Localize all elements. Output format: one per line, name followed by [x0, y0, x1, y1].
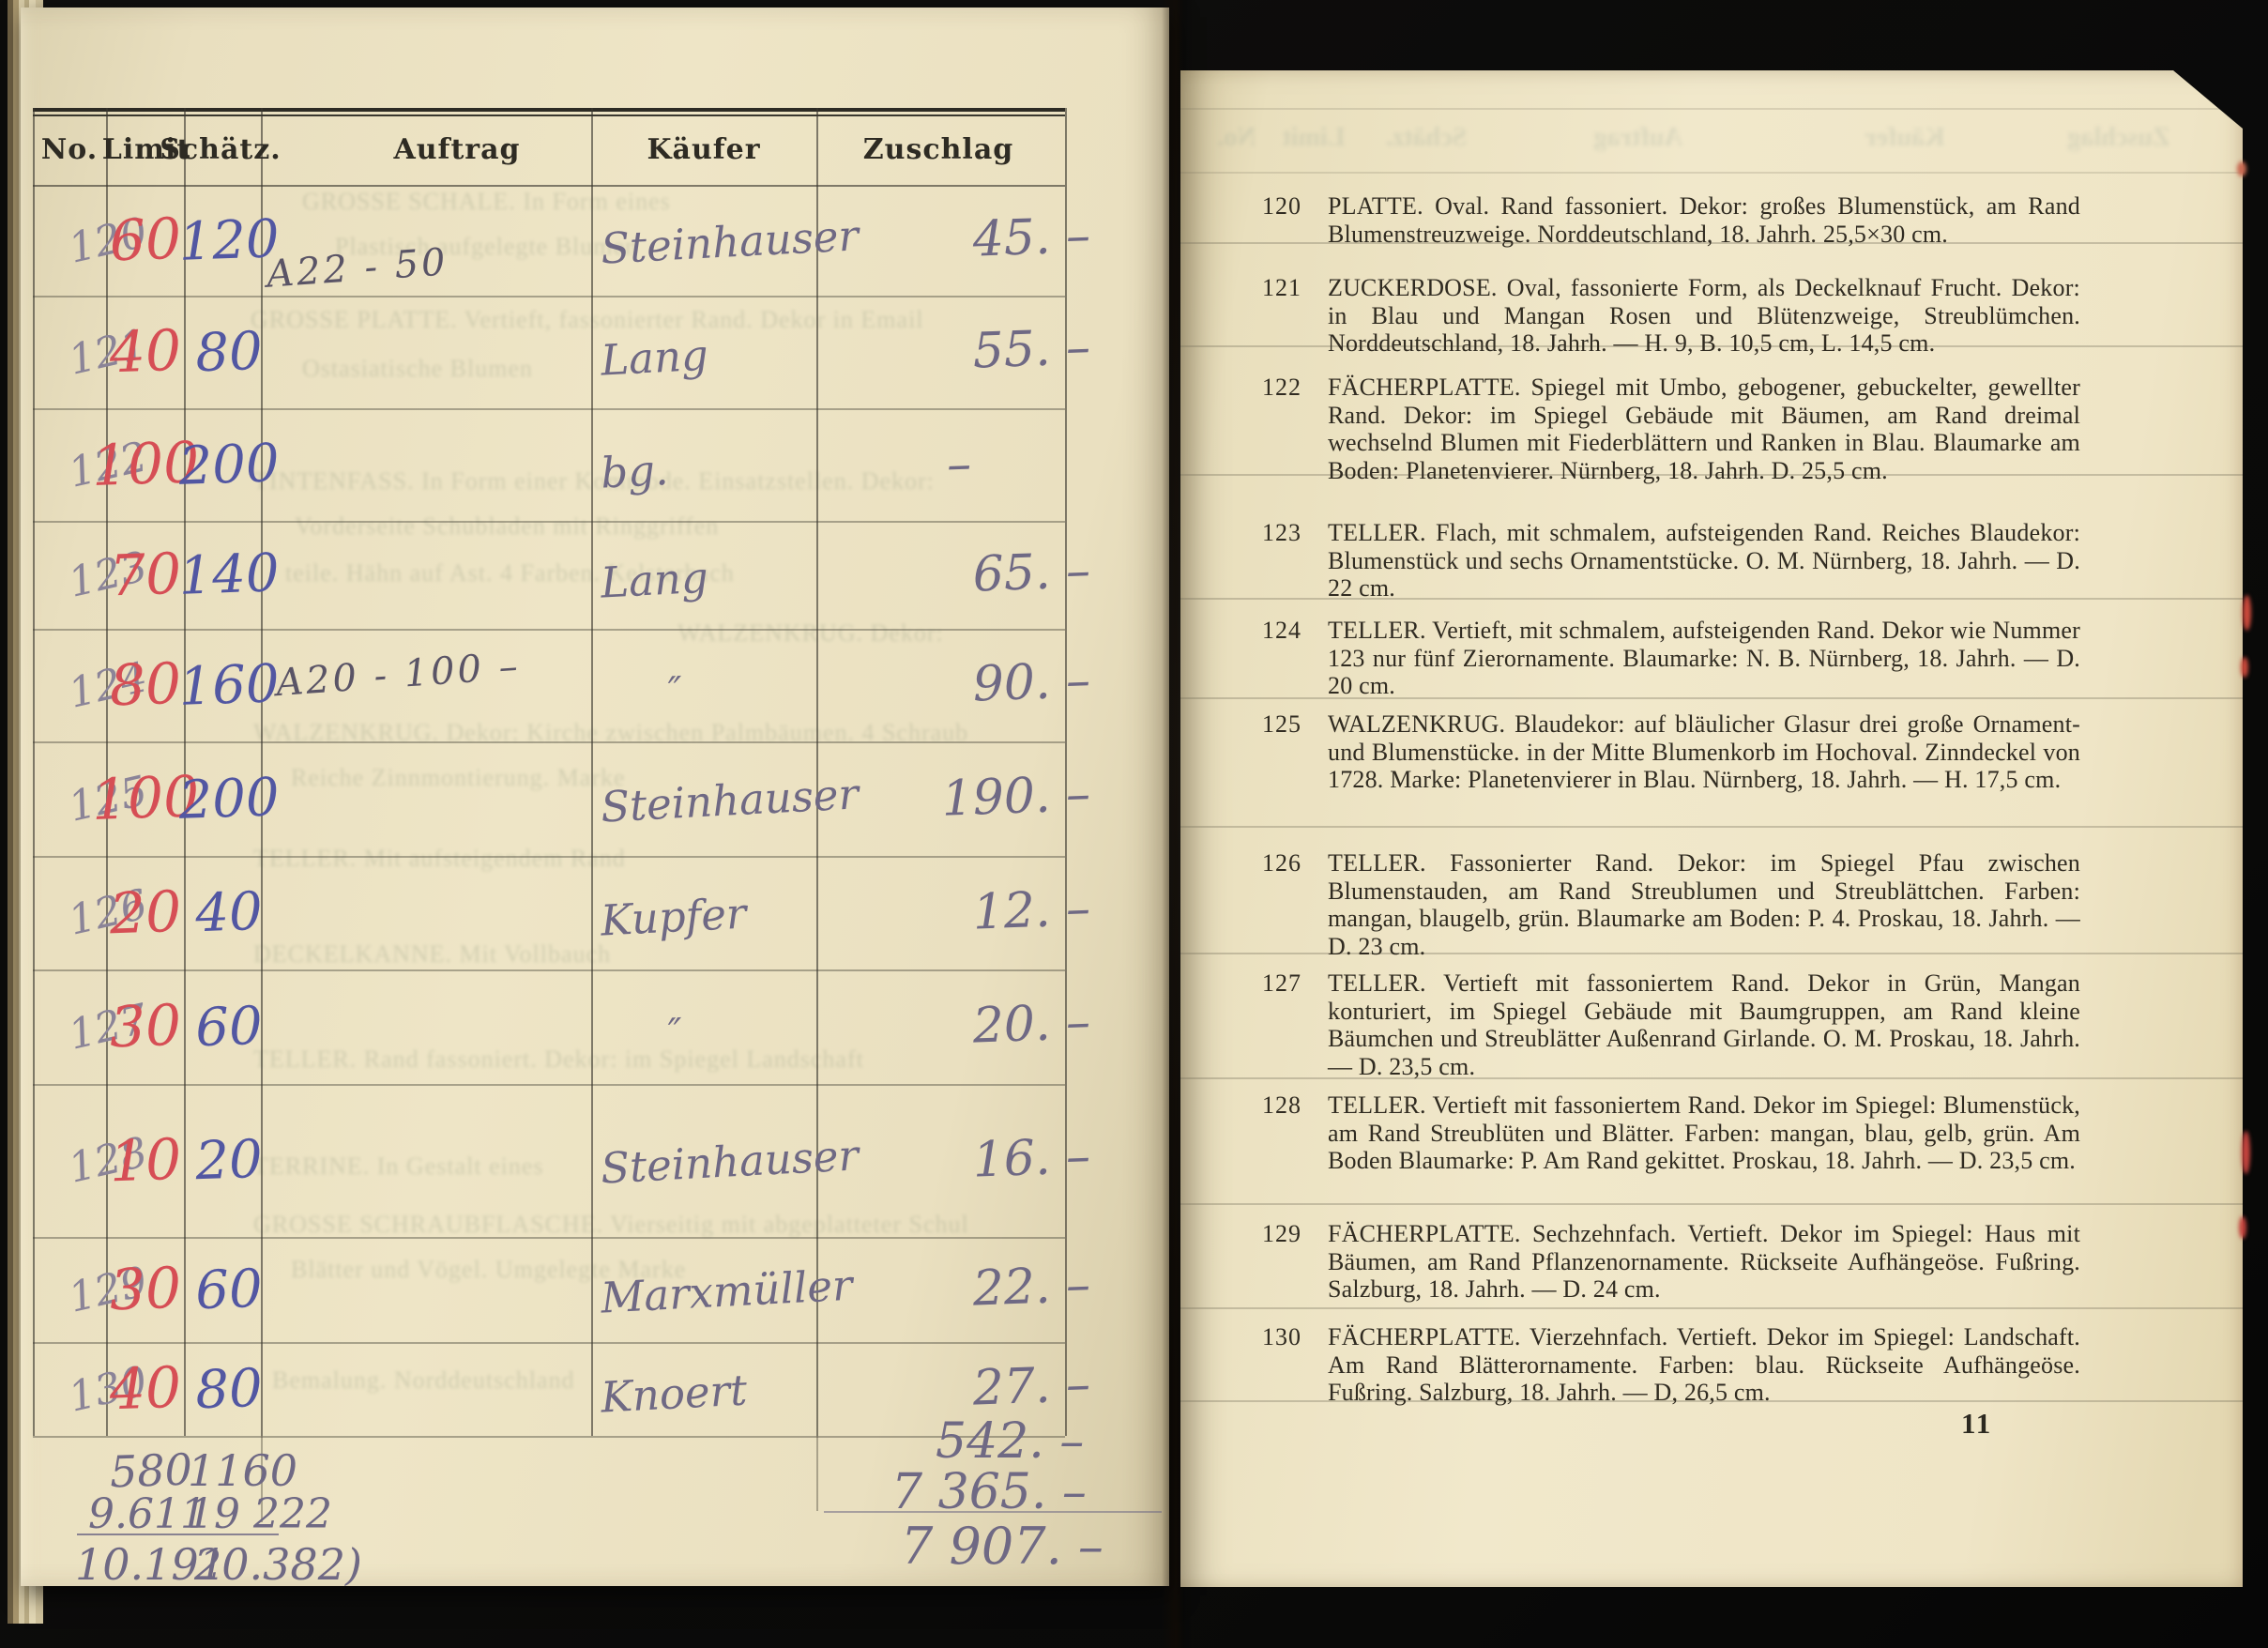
catalog-entry: 123TELLER. Flach, mit schmalem, aufsteig…: [1262, 519, 2080, 603]
scanned-book-spread: GROSSE SCHALE. In Form einesPlastisch au…: [0, 0, 2268, 1648]
table-top-rule: [33, 108, 1065, 112]
fore-edge-mark: [2243, 595, 2251, 631]
hammer-price-cell: 20. –: [826, 965, 1098, 1089]
estimate-cell: 20: [170, 1082, 288, 1239]
catalog-entry: 130FÄCHERPLATTE. Vierzehnfach. Vertieft.…: [1262, 1323, 2080, 1407]
bleedthrough-text: Reiche Zinnmontierung. Marke: [291, 764, 626, 792]
catalog-entry-text: TELLER. Flach, mit schmalem, aufsteigend…: [1328, 519, 2080, 602]
ledger-page-left: GROSSE SCHALE. In Form einesPlastisch au…: [21, 8, 1169, 1586]
catalog-entry-number: 120: [1262, 192, 1301, 221]
hammer-price-cell: 190. –: [826, 737, 1098, 861]
catalog-entry-text: ZUCKERDOSE. Oval, fassonierte Form, als …: [1328, 274, 2080, 357]
column-header-schtz: Schätz.: [160, 133, 282, 166]
zuschlag-rule: [824, 1511, 1162, 1513]
catalog-entry-number: 128: [1262, 1091, 1301, 1120]
estimate-cell: 140: [171, 519, 287, 631]
estimate-cell: 60: [171, 968, 287, 1086]
catalog-entry: 120PLATTE. Oval. Rand fassoniert. Dekor:…: [1262, 192, 2080, 248]
fore-edge-mark: [2241, 657, 2248, 678]
catalog-entry-text: WALZENKRUG. Blaudekor: auf bläulicher Gl…: [1328, 710, 2080, 793]
bleedthrough-header-text: Schätz.: [1386, 123, 1467, 153]
catalog-entry-text: FÄCHERPLATTE. Vierzehnfach. Vertieft. De…: [1328, 1323, 2080, 1406]
bleedthrough-text: TELLER. Mit aufsteigendem Rand: [253, 845, 626, 873]
catalog-entry-number: 130: [1262, 1323, 1301, 1351]
estimate-cell: 40: [171, 854, 287, 971]
catalog-entry: 122FÄCHERPLATTE. Spiegel mit Umbo, gebog…: [1262, 374, 2080, 484]
catalog-entry-number: 125: [1262, 710, 1301, 739]
fore-edge-mark: [2239, 1216, 2246, 1239]
column-header-kufer: Käufer: [647, 133, 760, 166]
estimate-cell: 200: [171, 406, 287, 523]
catalog-entry: 126TELLER. Fassonierter Rand. Dekor: im …: [1262, 849, 2080, 960]
catalog-entry-number: 124: [1262, 617, 1301, 645]
catalog-entry: 124TELLER. Vertieft, mit schmalem, aufst…: [1262, 617, 2080, 700]
hammer-price-cell: –: [826, 404, 1092, 526]
catalog-entry-number: 129: [1262, 1220, 1301, 1248]
catalog-entry-number: 121: [1262, 274, 1301, 302]
estimate-cell: 80: [171, 294, 287, 410]
bleedthrough-row-line: [1180, 172, 2243, 174]
bleedthrough-header-text: Käufer: [1865, 123, 1945, 153]
catalog-entry: 125WALZENKRUG. Blaudekor: auf bläulicher…: [1262, 710, 2080, 794]
hammer-price-cell: 55. –: [826, 291, 1098, 413]
zuschlag-sum: 542. –: [936, 1413, 1084, 1470]
bleedthrough-row-line: [1180, 108, 2243, 110]
catalog-entry: 128TELLER. Vertieft mit fassoniertem Ran…: [1262, 1091, 2080, 1175]
estimate-cell: 160: [171, 627, 287, 743]
bleedthrough-header-text: No.: [1217, 123, 1256, 153]
auftrag-annotation-125: A20 - 100 –: [275, 645, 522, 705]
catalog-entry-text: TELLER. Vertieft mit fassoniertem Rand. …: [1328, 1091, 2080, 1174]
bleedthrough-row-line: [1180, 826, 2243, 828]
table-top-rule-2: [33, 114, 1065, 116]
bleedthrough-row-line: [1180, 1307, 2243, 1309]
catalog-entry-text: TELLER. Fassonierter Rand. Dekor: im Spi…: [1328, 849, 2080, 960]
bleedthrough-text: Bemalung. Norddeutschland: [272, 1366, 575, 1395]
catalog-entry-number: 122: [1262, 374, 1301, 402]
catalog-entry-text: TELLER. Vertieft mit fassoniertem Rand. …: [1328, 969, 2080, 1080]
page-number: 11: [1961, 1407, 1992, 1441]
column-header-no: No.: [41, 133, 98, 166]
estimate-cell: 80: [171, 1340, 286, 1438]
totals-underline: [77, 1534, 279, 1535]
hammer-price-cell: 22. –: [826, 1232, 1098, 1347]
catalog-entry-number: 126: [1262, 849, 1301, 877]
limit-sum: 580: [109, 1443, 193, 1497]
fore-edge-mark: [2242, 1131, 2250, 1174]
bleedthrough-header-text: Limit: [1283, 123, 1346, 153]
catalog-entry-text: TELLER. Vertieft, mit schmalem, aufsteig…: [1328, 617, 2080, 699]
estimate-cell: 60: [171, 1235, 287, 1344]
hammer-price-cell: 90. –: [826, 624, 1098, 746]
hammer-price-cell: 45. –: [826, 180, 1098, 300]
fore-edge-mark: [2237, 161, 2246, 176]
catalog-entry: 121ZUCKERDOSE. Oval, fassonierte Form, a…: [1262, 274, 2080, 358]
bleedthrough-row-line: [1180, 1203, 2243, 1205]
catalog-entry-text: PLATTE. Oval. Rand fassoniert. Dekor: gr…: [1328, 192, 2080, 248]
hammer-price-cell: 12. –: [826, 851, 1098, 974]
catalog-entry-number: 127: [1262, 969, 1301, 998]
hammer-price-cell: 16. –: [825, 1079, 1099, 1242]
auftrag-annotation-121: A22 - 50: [266, 240, 449, 296]
catalog-entry-number: 123: [1262, 519, 1301, 547]
table-column-line: [591, 108, 593, 1436]
hammer-price-cell: 65. –: [826, 516, 1098, 633]
bleedthrough-header-text: Auftrag: [1594, 123, 1683, 153]
column-header-zuschlag: Zuschlag: [863, 133, 1014, 166]
table-column-line-extension: [816, 1436, 818, 1511]
estimate-cell: 200: [171, 740, 287, 858]
catalog-page-right: No.LimitSchätz.AuftragKäuferZuschlag 120…: [1180, 70, 2243, 1587]
catalog-entry-text: FÄCHERPLATTE. Spiegel mit Umbo, gebogene…: [1328, 374, 2080, 484]
bleedthrough-text: DECKELKANNE. Mit Vollbauch: [253, 940, 611, 969]
schaetz-sum: 1160: [188, 1445, 297, 1496]
catalog-entry: 127TELLER. Vertieft mit fassoniertem Ran…: [1262, 969, 2080, 1080]
schaetz-carry: 19 222: [188, 1490, 332, 1538]
zuschlag-grand-total: 7 907. –: [901, 1517, 1104, 1576]
schaetz-grand-total: 20.382): [194, 1539, 362, 1590]
bleedthrough-text: Ostasiatische Blumen: [302, 355, 533, 383]
column-header-auftrag: Auftrag: [393, 133, 520, 166]
bleedthrough-text: TERRINE. In Gestalt eines: [253, 1152, 544, 1181]
bleedthrough-header-text: Zuschlag: [2068, 123, 2170, 153]
catalog-entry-text: FÄCHERPLATTE. Sechzehnfach. Vertieft. De…: [1328, 1220, 2080, 1303]
catalog-entry: 129FÄCHERPLATTE. Sechzehnfach. Vertieft.…: [1262, 1220, 2080, 1304]
table-column-line: [33, 108, 35, 1436]
